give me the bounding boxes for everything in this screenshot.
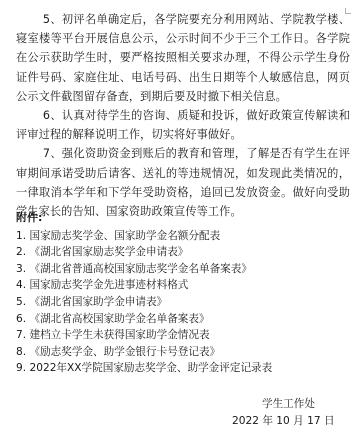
- attachment-item: 4. 国家励志奖学金先进事迹材料格式: [16, 277, 346, 294]
- attachment-item: 7. 建档立卡学生未获得国家助学金情况表: [16, 327, 346, 344]
- signature-department: 学生工作处: [232, 396, 352, 413]
- attachment-item: 3. 《湖北省普通高校国家励志奖学金名单备案表》: [16, 261, 346, 278]
- document-body: 5、初评名单确定后，各学院要充分利用网站、学院教学楼、寝室楼等平台开展信息公示，…: [16, 10, 350, 221]
- attachment-item: 5. 《湖北省国家助学金申请表》: [16, 294, 346, 311]
- paragraph-item-5: 5、初评名单确定后，各学院要充分利用网站、学院教学楼、寝室楼等平台开展信息公示，…: [16, 10, 350, 106]
- attachment-item: 1. 国家励志奖学金、国家助学金名额分配表: [16, 228, 346, 245]
- attachment-item: 9. 2022年XX学院国家励志奖学金、助学金评定记录表: [16, 360, 346, 377]
- attachment-item: 2. 《湖北省国家励志奖学金申请表》: [16, 244, 346, 261]
- signature-date: 2022 年 10 月 17 日: [232, 413, 352, 430]
- attachment-item: 8. 《励志奖学金、助学金银行卡号登记表》: [16, 344, 346, 361]
- attachments-title: 附件:: [16, 210, 346, 227]
- attachment-item: 6. 《湖北省高校国家助学金名单备案表》: [16, 311, 346, 328]
- paragraph-item-6: 6、认真对待学生的咨询、质疑和投诉，做好政策宣传解读和评审过程的解释说明工作，切…: [16, 106, 350, 144]
- attachments-list: 1. 国家励志奖学金、国家助学金名额分配表 2. 《湖北省国家励志奖学金申请表》…: [16, 228, 346, 377]
- attachments-section: 附件: 1. 国家励志奖学金、国家助学金名额分配表 2. 《湖北省国家励志奖学金…: [16, 210, 346, 377]
- signature-block: 学生工作处 2022 年 10 月 17 日: [232, 396, 352, 430]
